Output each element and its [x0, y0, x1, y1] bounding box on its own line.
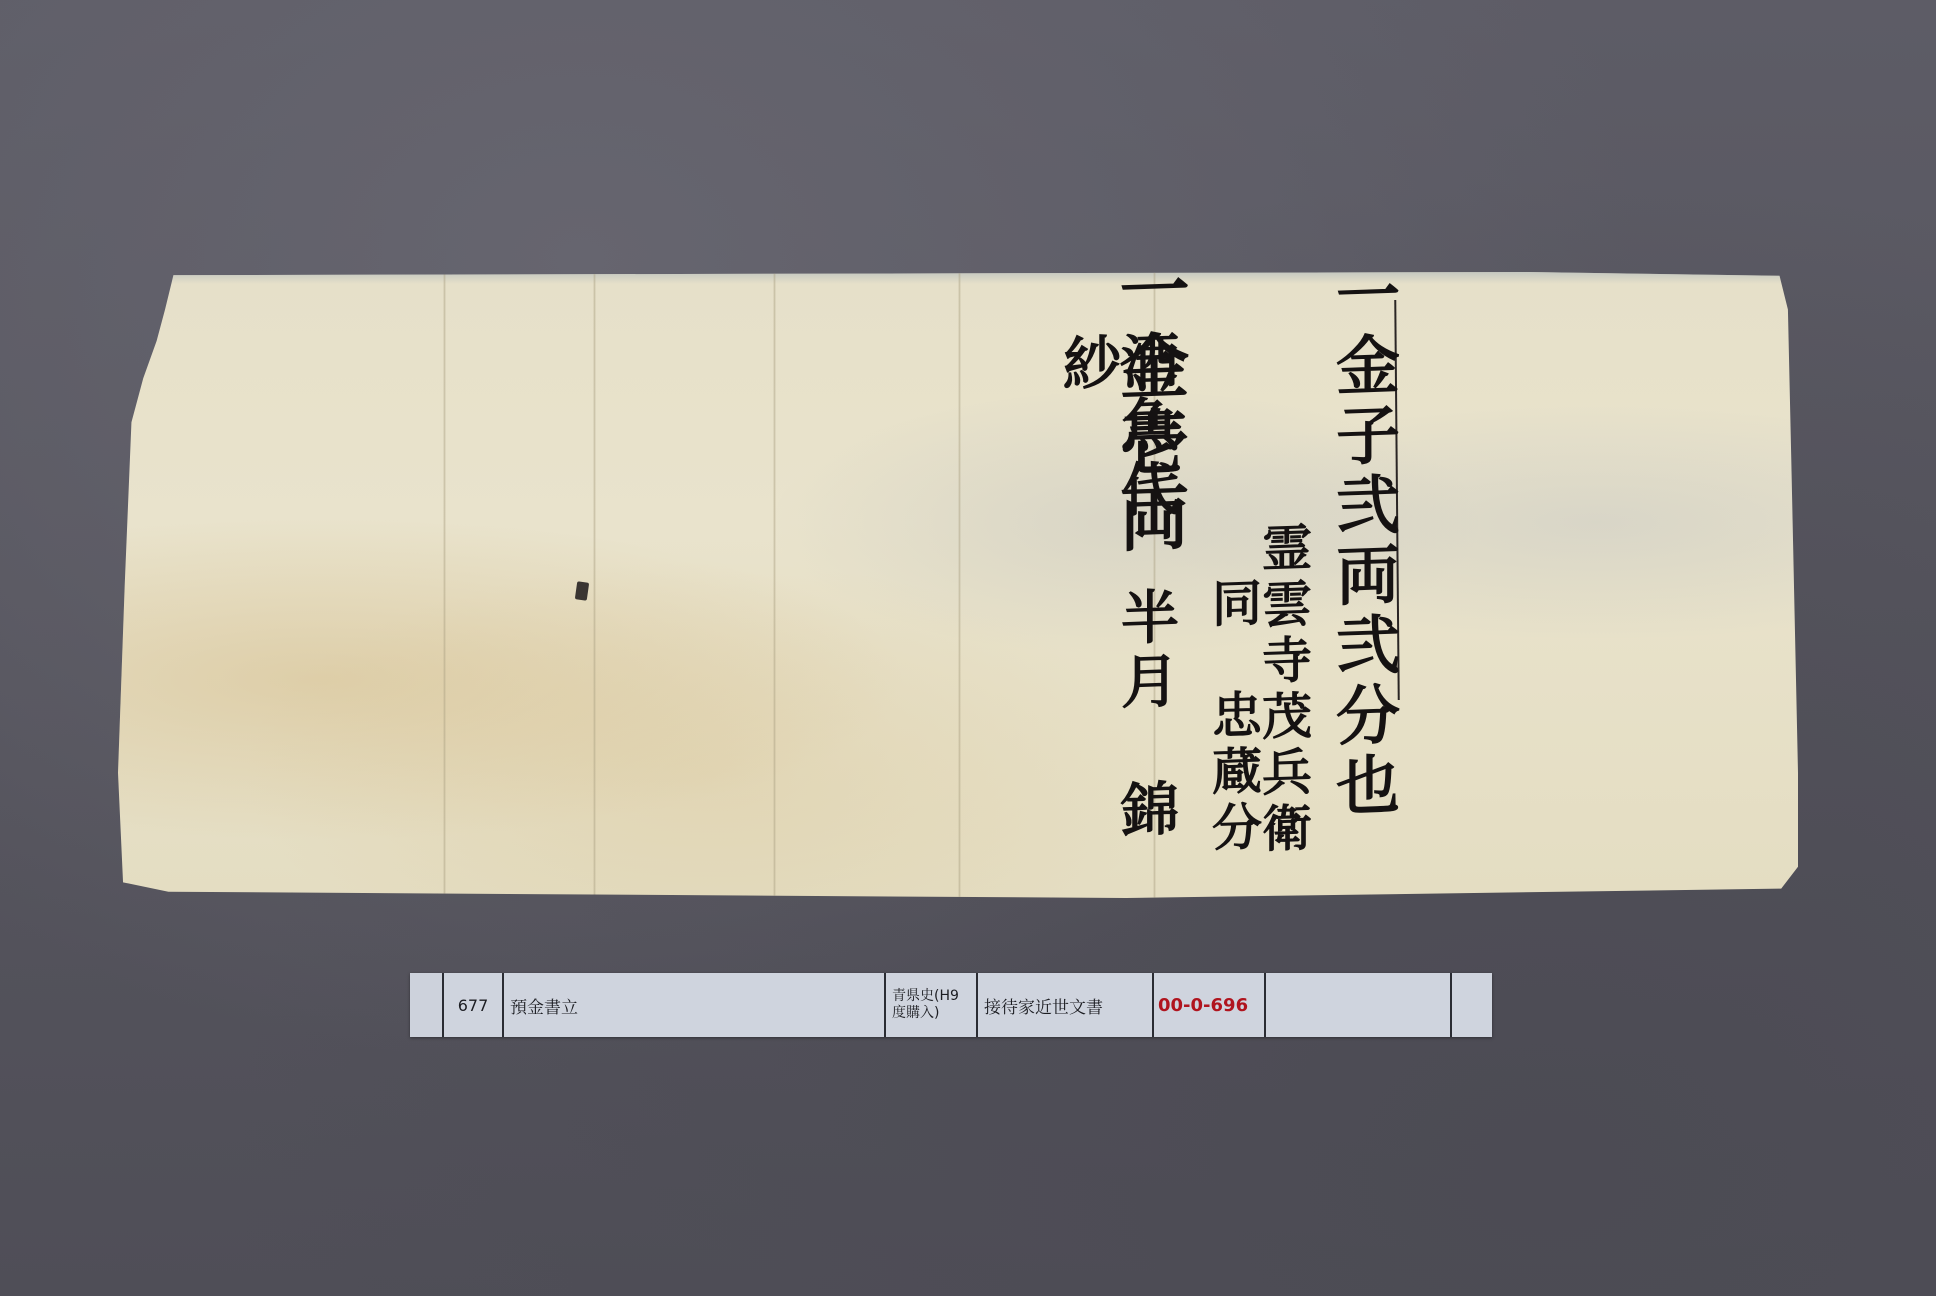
handwriting-column: 霊雲寺茂兵衛 [1258, 521, 1308, 859]
historical-document-paper: 一金子弐両弐分也 霊雲寺茂兵衛 同 忠蔵分 一金壱両 酒魚代 半月 錦紗 [118, 272, 1798, 898]
catalog-label-strip: 677 預金書立 青県史(H9 度購入) 接待家近世文書 00-0-696 [410, 973, 1492, 1037]
label-catalog-code: 00-0-696 [1154, 973, 1266, 1037]
paper-fold-line [443, 272, 446, 898]
handwriting-column: 一金子弐両弐分也 [1330, 261, 1394, 823]
handwriting-column: 同 忠蔵分 [1208, 576, 1258, 858]
paper-fold-line [773, 272, 776, 898]
label-source: 青県史(H9 度購入) [886, 973, 978, 1037]
label-blank-cell [1266, 973, 1452, 1037]
paper-top-edge [168, 272, 1798, 284]
label-source-line1: 青県史(H9 [892, 988, 959, 1005]
paper-fold-line [958, 272, 961, 898]
label-blank-cell [1452, 973, 1492, 1037]
paper-fold-line [593, 272, 596, 898]
ink-stain [575, 581, 589, 600]
label-collection: 接待家近世文書 [978, 973, 1154, 1037]
label-source-line2: 度購入) [892, 1005, 939, 1022]
label-item-number: 677 [444, 973, 504, 1037]
label-tab [410, 973, 444, 1037]
handwriting-column: 酒魚代 半月 錦紗 [1058, 330, 1174, 900]
label-document-title: 預金書立 [504, 973, 886, 1037]
